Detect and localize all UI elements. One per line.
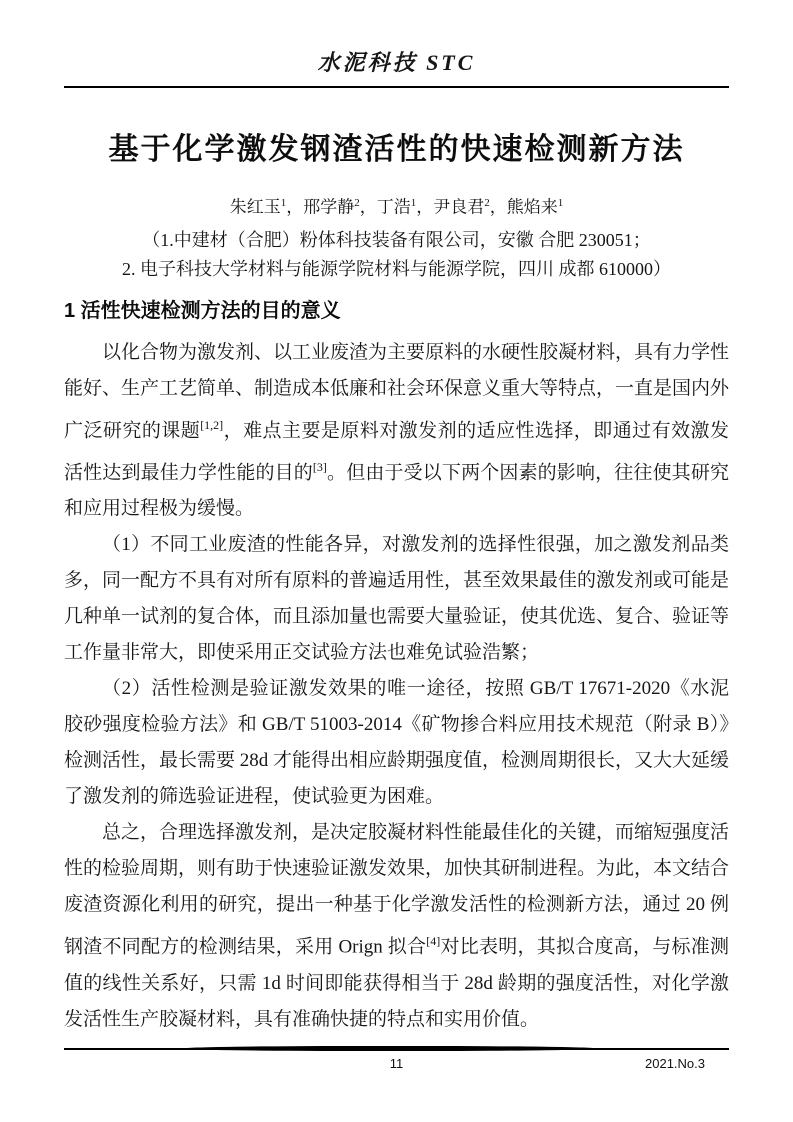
author-separator: ，: [416, 198, 433, 217]
author-name: 丁浩: [377, 198, 411, 217]
author-name: 朱红玉: [230, 198, 281, 217]
article-title: 基于化学激发钢渣活性的快速检测新方法: [64, 128, 729, 172]
section-heading: 1 活性快速检测方法的目的意义: [64, 298, 729, 325]
author-separator: ，: [490, 198, 507, 217]
issue-label: 2021.No.3: [645, 1056, 705, 1071]
citation-superscript: [4]: [426, 934, 440, 948]
citation-superscript: [1,2]: [200, 418, 223, 432]
citation-superscript: [3]: [313, 460, 327, 474]
author-affiliation-superscript: 1: [558, 197, 564, 209]
document-page: 水泥科技 STC 基于化学激发钢渣活性的快速检测新方法 朱红玉1，邢学静2，丁浩…: [0, 0, 793, 1122]
affiliation-line-2: 2. 电子科技大学材料与能源学院材料与能源学院，四川 成都 610000）: [64, 255, 729, 284]
author-name: 尹良君: [433, 198, 484, 217]
footer-row: 11 2021.No.3: [64, 1056, 729, 1074]
author-separator: ，: [286, 198, 303, 217]
body-paragraph: 总之，合理选择激发剂，是决定胶凝材料性能最佳化的关键，而缩短强度活性的检验周期，…: [64, 815, 729, 1037]
article-body: 以化合物为激发剂、以工业废渣为主要原料的水硬性胶凝材料，具有力学性能好、生产工艺…: [64, 335, 729, 1038]
body-paragraph: （1）不同工业废渣的性能各异，对激发剂的选择性很强，加之激发剂品类多，同一配方不…: [64, 527, 729, 671]
author-name: 熊焰来: [507, 198, 558, 217]
affiliation-line-1: （1.中建材（合肥）粉体科技装备有限公司，安徽 合肥 230051；: [64, 226, 729, 255]
text-segment: （1）不同工业废渣的性能各异，对激发剂的选择性很强，加之激发剂品类多，同一配方不…: [64, 534, 729, 663]
author-name: 邢学静: [303, 198, 354, 217]
text-segment: （2）活性检测是验证激发效果的唯一途径，按照 GB/T 17671-2020《水…: [64, 678, 729, 807]
page-number: 11: [64, 1056, 729, 1071]
author-separator: ，: [360, 198, 377, 217]
body-paragraph: 以化合物为激发剂、以工业废渣为主要原料的水硬性胶凝材料，具有力学性能好、生产工艺…: [64, 335, 729, 528]
footer-rule: [64, 1046, 729, 1051]
header-rule: [64, 86, 729, 88]
authors-line: 朱红玉1，邢学静2，丁浩1，尹良君2，熊焰来1: [64, 190, 729, 221]
page-header: 水泥科技 STC: [64, 0, 729, 88]
footer-rule-thick: [184, 1046, 596, 1051]
affiliations-block: （1.中建材（合肥）粉体科技装备有限公司，安徽 合肥 230051； 2. 电子…: [64, 226, 729, 284]
body-paragraph: （2）活性检测是验证激发效果的唯一途径，按照 GB/T 17671-2020《水…: [64, 671, 729, 815]
journal-title: 水泥科技 STC: [64, 0, 729, 77]
page-footer: 11 2021.No.3: [64, 1046, 729, 1074]
